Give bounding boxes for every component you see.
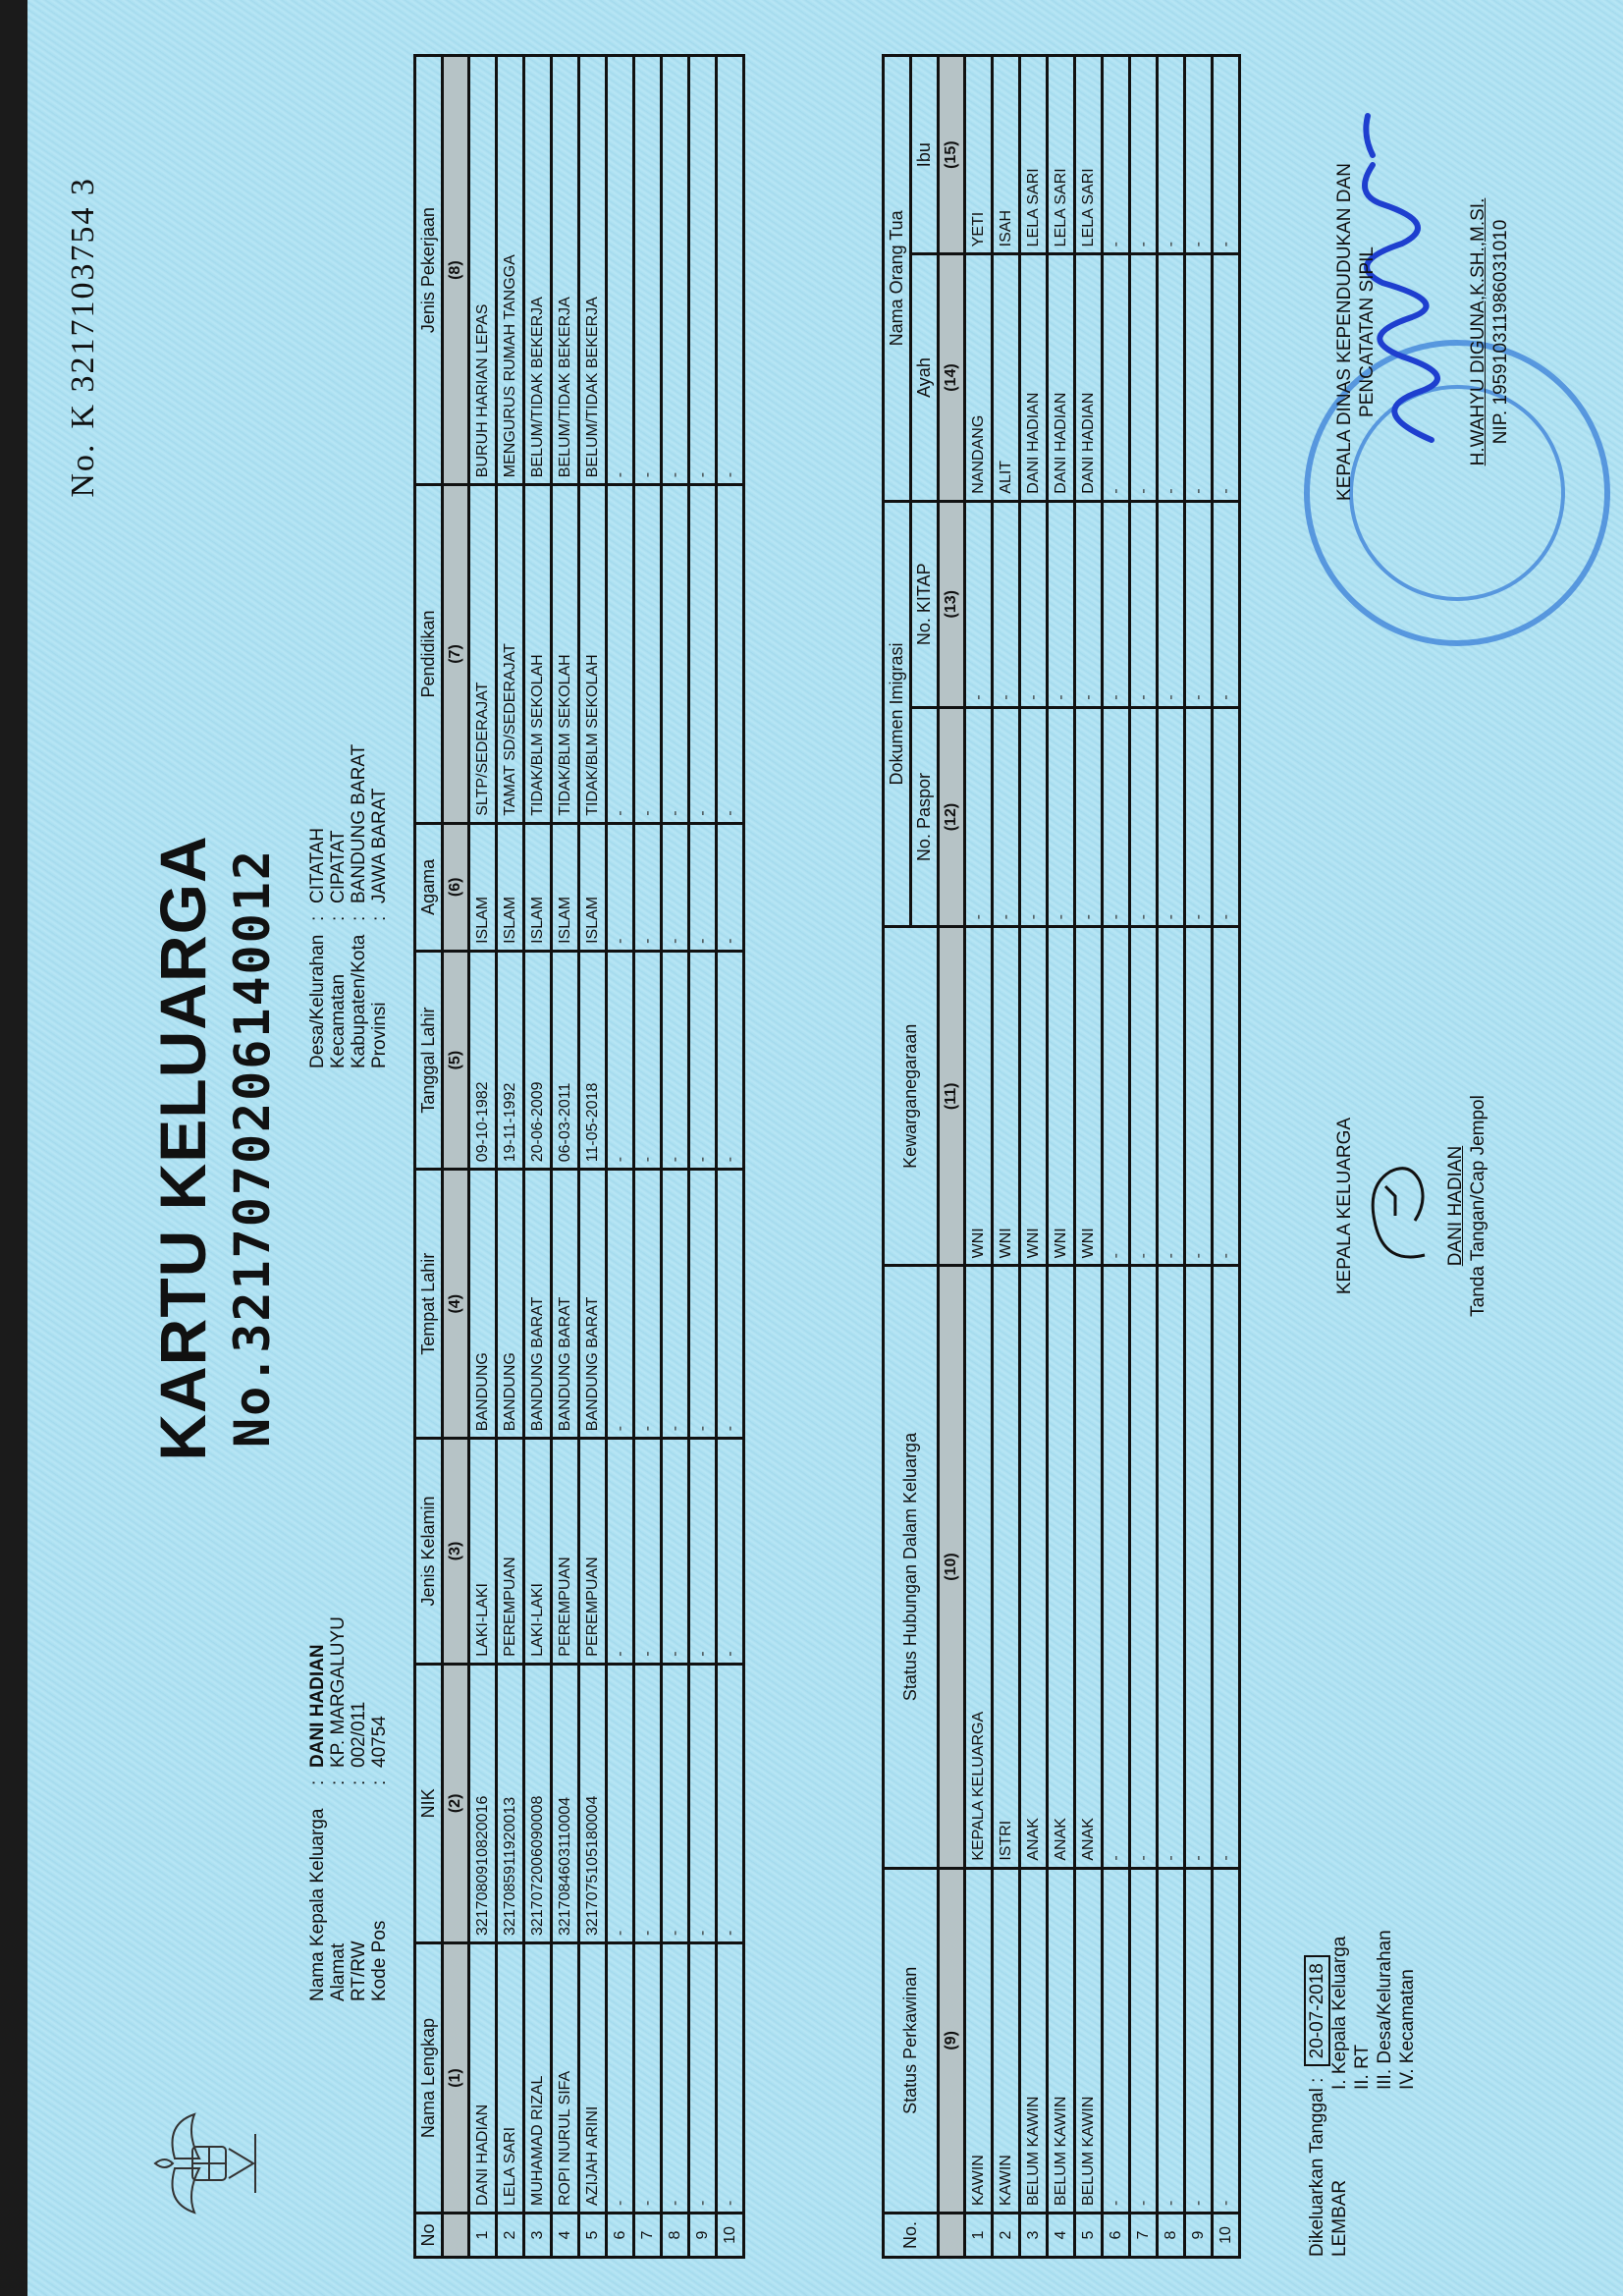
column-number: (13) [939, 501, 965, 707]
column-header: Kewarganegaraan [884, 927, 939, 1266]
info-separator: : [307, 903, 328, 921]
table-cell: BELUM/TIDAK BEKERJA [524, 56, 552, 485]
table-cell: - [717, 823, 744, 951]
table-cell: 4 [552, 2214, 579, 2258]
table-cell: NANDANG [965, 254, 993, 501]
table-cell: - [689, 823, 717, 951]
table-cell: - [1158, 56, 1185, 254]
column-number: (1) [443, 1943, 469, 2214]
table-row: 8------- [1158, 56, 1185, 2258]
column-number: (5) [443, 951, 469, 1169]
group-header-dokumen: Dokumen Imigrasi [884, 501, 911, 927]
table-cell: 1 [469, 2214, 497, 2258]
table-cell: - [607, 56, 634, 485]
column-number: (3) [443, 1439, 469, 1665]
table-cell: - [607, 485, 634, 824]
table-cell: - [689, 1439, 717, 1665]
column-number: (7) [443, 485, 469, 824]
table-cell: - [689, 1943, 717, 2214]
table-cell: - [1185, 1266, 1213, 1868]
table-cell: - [662, 1943, 689, 2214]
column-number: (8) [443, 56, 469, 485]
table-row: 2KAWINISTRIWNI--ALITISAH [993, 56, 1020, 2258]
column-header: Nama Lengkap [415, 1943, 443, 2214]
table-cell: - [662, 951, 689, 1169]
table-cell: - [662, 1439, 689, 1665]
table-cell: - [1075, 707, 1103, 927]
table-cell: LAKI-LAKI [524, 1439, 552, 1665]
table-cell: 3217075105180004 [579, 1664, 607, 1942]
table-cell: - [1185, 56, 1213, 254]
lembar-label: LEMBAR [1328, 2090, 1419, 2257]
issued-date: Dikeluarkan Tanggal : 20-07-2018 [1304, 1955, 1330, 2257]
info-row: Provinsi:JAWA BARAT [369, 744, 390, 1068]
table-cell: - [1213, 927, 1240, 1266]
table-cell: - [662, 1170, 689, 1439]
table-cell: - [1130, 501, 1158, 707]
table-cell: - [689, 1664, 717, 1942]
info-separator: : [369, 903, 390, 921]
info-label: Kabupaten/Kota [349, 921, 369, 1068]
table-cell: - [1213, 501, 1240, 707]
kartu-keluarga: No.K 3217103754 3 KARTU KELUARGA No.3217… [27, 0, 1623, 2296]
table-cell: BELUM/TIDAK BEKERJA [552, 56, 579, 485]
table-cell: - [1075, 501, 1103, 707]
table-cell: 4 [1048, 2214, 1075, 2258]
table-cell: - [607, 951, 634, 1169]
table-cell: - [717, 1170, 744, 1439]
table-cell: - [1020, 501, 1048, 707]
column-header: Agama [415, 823, 443, 951]
table-cell: - [1158, 1868, 1185, 2213]
column-number: (10) [939, 1266, 965, 1868]
table-cell: KEPALA KELUARGA [965, 1266, 993, 1868]
table-cell: - [634, 1943, 662, 2214]
table-cell: - [1185, 1868, 1213, 2213]
info-label: Kode Pos [369, 1785, 390, 2001]
table-cell: - [993, 707, 1020, 927]
column-number: (11) [939, 927, 965, 1266]
column-header: Tanggal Lahir [415, 951, 443, 1169]
table-cell: - [1213, 707, 1240, 927]
table-cell: BELUM KAWIN [1075, 1868, 1103, 2213]
kepala-keluarga-signature: KEPALA KELUARGA DANI HADIAN Tanda Tangan… [1333, 1000, 1489, 1412]
table-cell: LELA SARI [1075, 56, 1103, 254]
table-cell: BELUM KAWIN [1048, 1868, 1075, 2213]
table-cell: - [634, 56, 662, 485]
info-row: Kecamatan:CIPATAT [328, 744, 349, 1068]
table-cell: 9 [689, 2214, 717, 2258]
table-cell: 9 [1185, 2214, 1213, 2258]
serial-code: K [65, 403, 101, 429]
table-cell: TIDAK/BLM SEKOLAH [552, 485, 579, 824]
info-label: Kecamatan [328, 921, 349, 1068]
column-number-row: (1)(2)(3)(4)(5)(6)(7)(8) [443, 56, 469, 2258]
table-cell: TIDAK/BLM SEKOLAH [579, 485, 607, 824]
kepala-caption: Tanda Tangan/Cap Jempol [1467, 1000, 1489, 1412]
table-cell: BELUM KAWIN [1020, 1868, 1048, 2213]
table-cell: - [1158, 254, 1185, 501]
table-cell: 3 [1020, 2214, 1048, 2258]
info-row: Desa/Kelurahan:CITATAH [307, 744, 328, 1068]
table-cell: BANDUNG [497, 1170, 524, 1439]
table-cell: - [634, 823, 662, 951]
info-row: Kode Pos:40754 [369, 1616, 390, 2001]
lembar-list: LEMBAR I. Kepala KeluargaII. RTIII. Desa… [1328, 1930, 1419, 2257]
table-cell: - [717, 1943, 744, 2214]
column-header: Status Hubungan Dalam Keluarga [884, 1266, 939, 1868]
table-cell: BANDUNG BARAT [524, 1170, 552, 1439]
column-number [939, 2214, 965, 2258]
table-cell: 09-10-1982 [469, 951, 497, 1169]
column-header: Ibu [911, 56, 939, 254]
info-value: 002/011 [349, 1702, 369, 1768]
table-cell: - [717, 485, 744, 824]
table-cell: ALIT [993, 254, 1020, 501]
table-cell: TIDAK/BLM SEKOLAH [524, 485, 552, 824]
table-cell: DANI HADIAN [469, 1943, 497, 2214]
table-cell: ROPI NURUL SIFA [552, 1943, 579, 2214]
table-cell: ANAK [1048, 1266, 1075, 1868]
table-cell: - [1185, 927, 1213, 1266]
table-cell: SLTP/SEDERAJAT [469, 485, 497, 824]
info-value: JAWA BARAT [369, 788, 390, 903]
info-value: DANI HADIAN [307, 1644, 328, 1768]
table-cell: PEREMPUAN [552, 1439, 579, 1665]
info-separator: : [328, 1768, 349, 1785]
issued-date-value: 20-07-2018 [1304, 1955, 1330, 2066]
column-header: Tempat Lahir [415, 1170, 443, 1439]
lembar-item: I. Kepala Keluarga [1328, 1930, 1351, 2090]
table-cell: WNI [965, 927, 993, 1266]
dinas-title-2: PENCATATAN SIPIL [1356, 77, 1379, 587]
dinas-nip: NIP. 195910311986031010 [1489, 77, 1512, 587]
table-cell: - [1020, 707, 1048, 927]
info-row: Nama Kepala Keluarga:DANI HADIAN [307, 1616, 328, 2001]
table-cell: - [1130, 56, 1158, 254]
table-cell: - [1048, 501, 1075, 707]
table-cell: TAMAT SD/SEDERAJAT [497, 485, 524, 824]
table-cell: - [1130, 707, 1158, 927]
table-cell: - [965, 707, 993, 927]
document-sheet: No.K 3217103754 3 KARTU KELUARGA No.3217… [27, 0, 1623, 2296]
table-cell: - [1158, 1266, 1185, 1868]
table-cell: - [1213, 1266, 1240, 1868]
column-number: (2) [443, 1664, 469, 1942]
table-cell: DANI HADIAN [1075, 254, 1103, 501]
table-cell: BANDUNG BARAT [579, 1170, 607, 1439]
table-cell: BANDUNG BARAT [552, 1170, 579, 1439]
info-row: Kabupaten/Kota:BANDUNG BARAT [349, 744, 369, 1068]
table-row: 3BELUM KAWINANAKWNI--DANI HADIANLELA SAR… [1020, 56, 1048, 2258]
column-number [443, 2214, 469, 2258]
thumbprint-signature-icon [1356, 1000, 1444, 1412]
table-cell: 7 [1130, 2214, 1158, 2258]
kepala-title: KEPALA KELUARGA [1333, 1000, 1356, 1412]
table-cell: 6 [607, 2214, 634, 2258]
info-separator: : [307, 1768, 328, 1785]
table-row: 3MUHAMAD RIZAL3217072006090008LAKI-LAKIB… [524, 56, 552, 2258]
table-cell: - [689, 1170, 717, 1439]
family-info-left: Nama Kepala Keluarga:DANI HADIANAlamat:K… [307, 1616, 390, 2001]
table-cell: DANI HADIAN [1020, 254, 1048, 501]
table-cell: 11-05-2018 [579, 951, 607, 1169]
table-cell: - [634, 951, 662, 1169]
table-cell: - [662, 823, 689, 951]
table-cell: - [1103, 56, 1130, 254]
table-cell: - [1213, 1868, 1240, 2213]
lembar-item: III. Desa/Kelurahan [1374, 1930, 1396, 2090]
table-cell: - [689, 56, 717, 485]
dinas-title-1: KEPALA DINAS KEPENDUDUKAN DAN [1333, 77, 1356, 587]
dinas-signature: KEPALA DINAS KEPENDUDUKAN DAN PENCATATAN… [1333, 77, 1512, 587]
table-cell: - [1103, 707, 1130, 927]
column-header: No [415, 2214, 443, 2258]
table-cell: 5 [579, 2214, 607, 2258]
table-cell: LELA SARI [497, 1943, 524, 2214]
info-label: Desa/Kelurahan [307, 921, 328, 1068]
group-header-orang-tua: Nama Orang Tua [884, 56, 911, 502]
table-cell: - [1185, 501, 1213, 707]
table-cell: - [634, 485, 662, 824]
table-cell: 10 [717, 2214, 744, 2258]
table-cell: ISAH [993, 56, 1020, 254]
table-cell: ISLAM [552, 823, 579, 951]
table-cell: WNI [1075, 927, 1103, 1266]
column-header: No. KITAP [911, 501, 939, 707]
table-cell: - [1158, 707, 1185, 927]
table-cell: - [1130, 254, 1158, 501]
table-cell: - [1213, 254, 1240, 501]
table-cell: PEREMPUAN [579, 1439, 607, 1665]
table-cell: MENGURUS RUMAH TANGGA [497, 56, 524, 485]
table-row: 7-------- [634, 56, 662, 2258]
info-separator: : [328, 903, 349, 921]
table-cell: ANAK [1075, 1266, 1103, 1868]
column-header: Jenis Pekerjaan [415, 56, 443, 485]
column-header: No. Paspor [911, 707, 939, 927]
table-cell: 1 [965, 2214, 993, 2258]
table-row: 1DANI HADIAN3217080910820016LAKI-LAKIBAN… [469, 56, 497, 2258]
table-cell: ANAK [1020, 1266, 1048, 1868]
table-cell: - [717, 1439, 744, 1665]
info-label: Nama Kepala Keluarga [307, 1785, 328, 2001]
table-row: 9------- [1185, 56, 1213, 2258]
table-cell: - [993, 501, 1020, 707]
info-separator: : [369, 1768, 390, 1785]
table-cell: WNI [993, 927, 1020, 1266]
table-cell: - [1185, 707, 1213, 927]
table-cell: BELUM/TIDAK BEKERJA [579, 56, 607, 485]
info-row: RT/RW:002/011 [349, 1616, 369, 2001]
table-cell: - [1048, 707, 1075, 927]
column-header: Status Perkawinan [884, 1868, 939, 2213]
table-cell: ISLAM [497, 823, 524, 951]
info-separator: : [349, 1768, 369, 1785]
dinas-name: H.WAHYU DIGUNA,K.SH.,M.SI. [1467, 77, 1489, 587]
info-row: Alamat:KP. MARGALUYU [328, 1616, 349, 2001]
table-cell: ISLAM [579, 823, 607, 951]
info-value: CITATAH [307, 828, 328, 903]
table-cell: 19-11-1992 [497, 951, 524, 1169]
lembar-item: II. RT [1351, 1930, 1374, 2090]
table-cell: - [1130, 1266, 1158, 1868]
table-cell: ISLAM [469, 823, 497, 951]
table-row: 6------- [1103, 56, 1130, 2258]
column-header: Ayah [911, 254, 939, 501]
table-cell: 6 [1103, 2214, 1130, 2258]
table-cell: 3217084603110004 [552, 1664, 579, 1942]
table-cell: 7 [634, 2214, 662, 2258]
column-number: (4) [443, 1170, 469, 1439]
table-row: 10------- [1213, 56, 1240, 2258]
table-cell: YETI [965, 56, 993, 254]
table-cell: - [1158, 501, 1185, 707]
info-value: CIPATAT [328, 830, 349, 903]
table-row: 6-------- [607, 56, 634, 2258]
table-cell: - [1158, 927, 1185, 1266]
kk-number: No.3217070206140012 [224, 0, 281, 2296]
table-cell: 8 [662, 2214, 689, 2258]
table-cell: - [1103, 501, 1130, 707]
table-cell: - [607, 1170, 634, 1439]
serial-number: No.K 3217103754 3 [65, 177, 102, 498]
table-cell: 3217085911920013 [497, 1664, 524, 1942]
table-cell: - [607, 1439, 634, 1665]
serial-value: 3217103754 3 [65, 177, 101, 393]
column-number: (9) [939, 1868, 965, 2213]
table-cell: MUHAMAD RIZAL [524, 1943, 552, 2214]
table-cell: 2 [497, 2214, 524, 2258]
members-table: NoNama LengkapNIKJenis KelaminTempat Lah… [413, 54, 745, 2259]
table-cell: - [1103, 1868, 1130, 2213]
column-header: Jenis Kelamin [415, 1439, 443, 1665]
issued-label: Dikeluarkan Tanggal : [1307, 2078, 1327, 2257]
table-cell: 5 [1075, 2214, 1103, 2258]
document-title: KARTU KELUARGA [145, 0, 220, 2296]
table-cell: - [1185, 254, 1213, 501]
table-cell: - [689, 951, 717, 1169]
info-value: KP. MARGALUYU [328, 1616, 349, 1768]
table-row: 5AZIJAH ARINI3217075105180004PEREMPUANBA… [579, 56, 607, 2258]
info-value: BANDUNG BARAT [349, 744, 369, 903]
table-cell: - [965, 501, 993, 707]
table-cell: 3 [524, 2214, 552, 2258]
column-header: No. [884, 2214, 939, 2258]
table-row: 5BELUM KAWINANAKWNI--DANI HADIANLELA SAR… [1075, 56, 1103, 2258]
table-cell: BURUH HARIAN LEPAS [469, 56, 497, 485]
table-cell: - [662, 1664, 689, 1942]
table-row: 1KAWINKEPALA KELUARGAWNI--NANDANGYETI [965, 56, 993, 2258]
group-header-row: No.Status PerkawinanStatus Hubungan Dala… [884, 56, 911, 2258]
table-row: 2LELA SARI3217085911920013PEREMPUANBANDU… [497, 56, 524, 2258]
table-row: 4ROPI NURUL SIFA3217084603110004PEREMPUA… [552, 56, 579, 2258]
table-cell: KAWIN [993, 1868, 1020, 2213]
table-cell: - [607, 1943, 634, 2214]
info-label: Alamat [328, 1785, 349, 2001]
table-cell: 10 [1213, 2214, 1240, 2258]
table-row: 7------- [1130, 56, 1158, 2258]
table-cell: - [634, 1439, 662, 1665]
kepala-name: DANI HADIAN [1444, 1000, 1467, 1412]
table-cell: 06-03-2011 [552, 951, 579, 1169]
table-row: 8-------- [662, 56, 689, 2258]
table-row: 9-------- [689, 56, 717, 2258]
info-label: Provinsi [369, 921, 390, 1068]
table-cell: WNI [1020, 927, 1048, 1266]
status-table: No.Status PerkawinanStatus Hubungan Dala… [882, 54, 1241, 2259]
table-cell: - [1103, 254, 1130, 501]
info-separator: : [349, 903, 369, 921]
column-number: (12) [939, 707, 965, 927]
column-number-row: (9)(10)(11)(12)(13)(14)(15) [939, 56, 965, 2258]
column-header: Pendidikan [415, 485, 443, 824]
lembar-item: IV. Kecamatan [1396, 1930, 1419, 2090]
table-cell: DANI HADIAN [1048, 254, 1075, 501]
table-cell: LAKI-LAKI [469, 1439, 497, 1665]
table-cell: - [689, 485, 717, 824]
table-cell: 2 [993, 2214, 1020, 2258]
table-cell: AZIJAH ARINI [579, 1943, 607, 2214]
table-cell: - [607, 823, 634, 951]
column-number: (14) [939, 254, 965, 501]
table-cell: KAWIN [965, 1868, 993, 2213]
table-cell: 20-06-2009 [524, 951, 552, 1169]
table-row: 10-------- [717, 56, 744, 2258]
table-cell: - [634, 1664, 662, 1942]
header-row: NoNama LengkapNIKJenis KelaminTempat Lah… [415, 56, 443, 2258]
info-label: RT/RW [349, 1785, 369, 2001]
table-cell: 8 [1158, 2214, 1185, 2258]
table-cell: BANDUNG [469, 1170, 497, 1439]
table-cell: WNI [1048, 927, 1075, 1266]
table-cell: PEREMPUAN [497, 1439, 524, 1665]
table-cell: 3217072006090008 [524, 1664, 552, 1942]
info-value: 40754 [369, 1716, 390, 1768]
table-cell: - [717, 951, 744, 1169]
serial-prefix: No. [65, 443, 101, 498]
column-number: (6) [443, 823, 469, 951]
column-number: (15) [939, 56, 965, 254]
family-info-right: Desa/Kelurahan:CITATAHKecamatan:CIPATATK… [307, 744, 390, 1068]
table-cell: - [717, 1664, 744, 1942]
table-cell: - [662, 56, 689, 485]
table-cell: - [1103, 927, 1130, 1266]
table-cell: - [1130, 927, 1158, 1266]
table-cell: ISTRI [993, 1266, 1020, 1868]
column-header: NIK [415, 1664, 443, 1942]
table-cell: - [1130, 1868, 1158, 2213]
table-cell: - [607, 1664, 634, 1942]
table-cell: - [1103, 1266, 1130, 1868]
table-cell: LELA SARI [1048, 56, 1075, 254]
table-row: 4BELUM KAWINANAKWNI--DANI HADIANLELA SAR… [1048, 56, 1075, 2258]
table-cell: LELA SARI [1020, 56, 1048, 254]
table-cell: 3217080910820016 [469, 1664, 497, 1942]
table-cell: - [1213, 56, 1240, 254]
table-cell: ISLAM [524, 823, 552, 951]
table-cell: - [662, 485, 689, 824]
table-cell: - [717, 56, 744, 485]
table-cell: - [634, 1170, 662, 1439]
